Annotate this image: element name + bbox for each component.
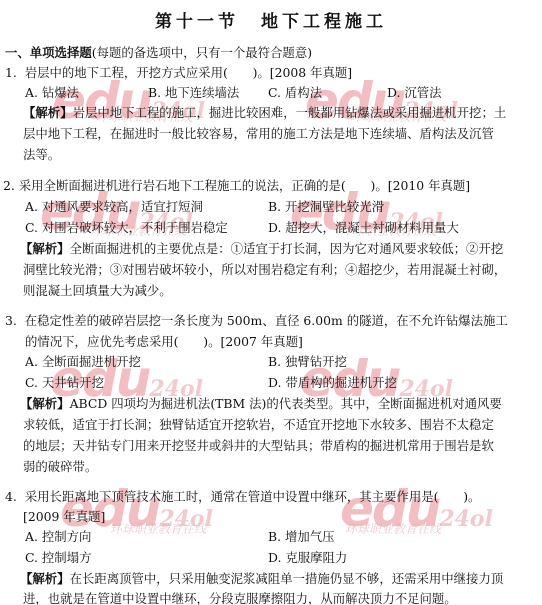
analysis-line: 求较低，适宜于打长洞；独臂钻适宜开挖软岩，不适宜开挖地下水较多、围岩不太稳定 (23, 415, 494, 435)
analysis-line: 洞壁比较光滑；③对围岩破坏较小，所以对围岩稳定有利；④超挖少，若用混凝土衬砌， (23, 260, 506, 280)
section-title: 地下工程施工 (261, 12, 387, 32)
option-c: C. 对围岩破坏较大，不利于围岩稳定 (25, 218, 228, 238)
option-b: B. 开挖洞壁比较光滑 (268, 197, 384, 217)
watermark-tagline: 环球职业教育在线 (345, 520, 441, 537)
question-stem-cont: 的情况下，应优先考虑采用( )。[2007 年真题] (25, 332, 303, 352)
document-page: edu24ol 环球职业教育在线 edu24ol 环球职业教育在线 edu24o… (0, 0, 542, 605)
question-stem-cont: [2009 年真题] (23, 507, 105, 527)
option-a: A. 控制方向 (25, 527, 91, 547)
question-stem: 3. 在稳定性差的破碎岩层挖一条长度为 500m、直径 6.00m 的隧道，在不… (5, 311, 508, 331)
analysis-line: 的地层；天井钻专门用来开挖竖井或斜井的大型钻具；带盾构的掘进机常用于围岩是软 (23, 436, 494, 456)
section-number: 第十一节 (155, 12, 239, 32)
question-stem: 4. 采用长距离地下顶管技术施工时，通常在管道中设置中继环，其主要作用是( )。 (5, 487, 480, 507)
analysis-line: 层中地下工程，在掘进时一般比较容易，常用的施工方法是地下连续墙、盾构法及沉管 (23, 124, 494, 144)
option-d: D. 超挖大，混凝土衬砌材料用量大 (268, 218, 459, 238)
question-stem: 1. 岩层中的地下工程，开挖方式应采用( )。[2008 年真题] (5, 63, 352, 83)
analysis-line: 则混凝土回填量大为减少。 (23, 281, 172, 301)
option-a: A. 全断面掘进机开挖 (25, 352, 141, 372)
option-a: A. 对通风要求较高，适宜打短洞 (25, 197, 203, 217)
option-d: D. 沉管法 (387, 83, 442, 103)
analysis-line: 【解析】ABCD 四项均为掘进机法(TBM 法)的代表类型。其中，全断面掘进机对… (20, 394, 502, 414)
option-d: D. 克服摩阻力 (268, 548, 347, 568)
analysis-line: 法等。 (23, 145, 60, 165)
option-b: B. 增加气压 (268, 527, 335, 547)
watermark-tagline: 环球职业教育在线 (110, 520, 206, 537)
analysis-line: 【解析】岩层中地下工程的施工，掘进比较困难，一般都用钻爆法或采用掘进机开挖；土 (23, 103, 506, 123)
option-b: B. 地下连续墙法 (148, 83, 239, 103)
option-d: D. 带盾构的掘进机开挖 (268, 373, 397, 393)
option-a: A. 钻爆法 (25, 83, 79, 103)
question-stem: 2. 采用全断面掘进机进行岩石地下工程施工的说法，正确的是( )。[2010 年… (3, 176, 470, 196)
analysis-line: 【解析】全断面掘进机的主要优点是：①适宜于打长洞，因为它对通风要求较低；②开挖 (20, 239, 503, 259)
option-c: C. 天井钻开挖 (25, 373, 104, 393)
section-heading: 一、单项选择题(每题的备选项中，只有一个最符合题意) (5, 43, 312, 63)
option-b: B. 独臂钻开挖 (268, 352, 347, 372)
option-c: C. 控制塌方 (25, 548, 91, 568)
analysis-line: 【解析】在长距离顶管中，只采用触变泥浆减阻单一措施仍显不够，还需采用中继接力顶 (20, 569, 503, 589)
page-title: 第十一节地下工程施工 (0, 7, 542, 32)
analysis-line: 弱的破碎带。 (23, 457, 97, 477)
analysis-line: 进，也就是在管道中设置中继环，分段克服摩擦阻力，从而解决顶力不足问题。 (23, 589, 457, 605)
option-c: C. 盾构法 (268, 83, 322, 103)
